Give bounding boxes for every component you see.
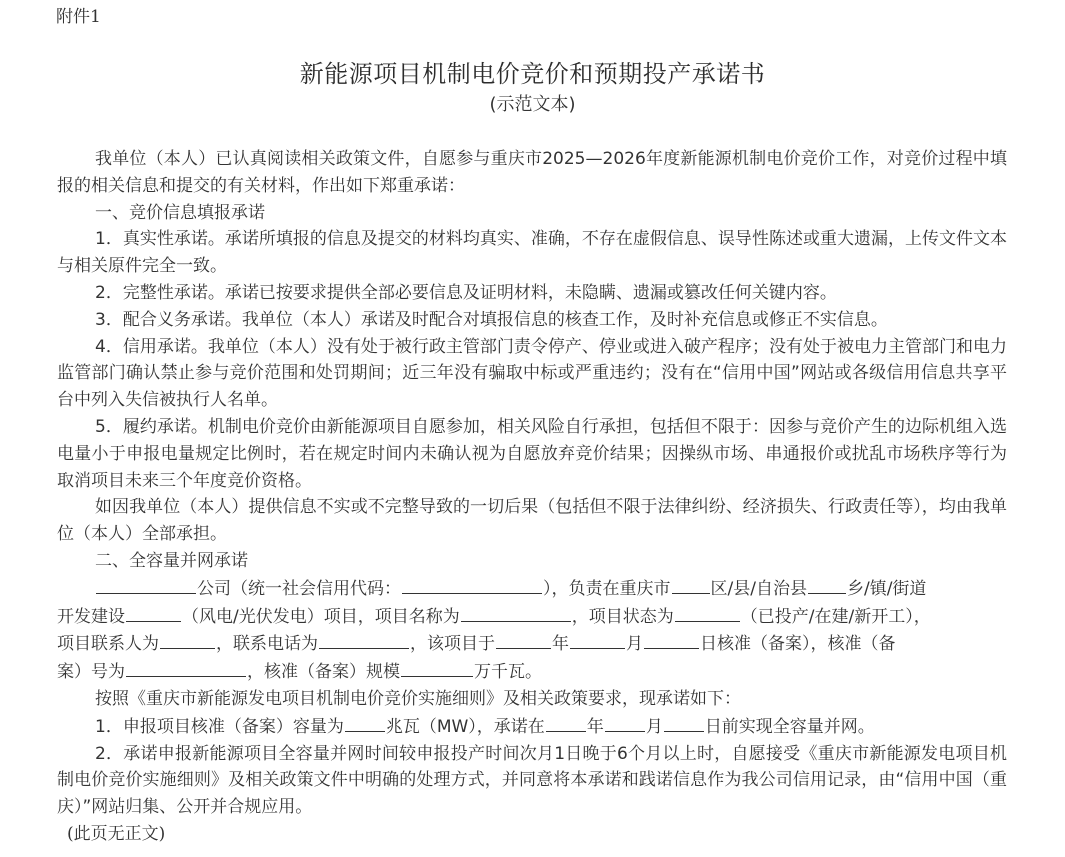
approval-year-blank[interactable] <box>496 630 551 649</box>
document-subtitle: (示范文本) <box>0 92 1065 118</box>
attachment-label: 附件1 <box>56 5 101 29</box>
project-status-blank[interactable] <box>675 603 740 622</box>
section2-basis: 按照《重庆市新能源发电项目机制电价竞价实施细则》及相关政策要求，现承诺如下： <box>57 686 1007 713</box>
intro-paragraph: 我单位（本人）已认真阅读相关政策文件，自愿参与重庆市2025—2026年度新能源… <box>57 146 1007 200</box>
project-name-blank[interactable] <box>461 603 571 622</box>
section1-item-truthfulness: 1．真实性承诺。承诺所填报的信息及提交的材料均真实、准确，不存在虚假信息、误导性… <box>57 226 1007 280</box>
credit-code-blank[interactable] <box>402 575 542 594</box>
capacity-blank[interactable] <box>345 713 385 732</box>
section1-item-performance: 5．履约承诺。机制电价竞价由新能源项目自愿参加，相关风险自行承担，包括但不限于：… <box>57 414 1007 494</box>
section1-item-completeness: 2．完整性承诺。承诺已按要求提供全部必要信息及证明材料，未隐瞒、遗漏或篡改任何关… <box>57 280 1007 307</box>
section1-heading: 一、竞价信息填报承诺 <box>57 200 1007 227</box>
approval-month-blank[interactable] <box>570 630 625 649</box>
approval-number-blank[interactable] <box>126 658 246 677</box>
contact-phone-blank[interactable] <box>319 630 409 649</box>
grid-month-blank[interactable] <box>605 713 645 732</box>
document-page: 附件1 新能源项目机制电价竞价和预期投产承诺书 (示范文本) 我单位（本人）已认… <box>0 0 1065 857</box>
footer-note: (此页无正文) <box>57 821 1007 848</box>
approval-day-blank[interactable] <box>644 630 699 649</box>
developer-blank[interactable] <box>126 603 181 622</box>
document-title: 新能源项目机制电价竞价和预期投产承诺书 <box>0 58 1065 90</box>
approval-scale-blank[interactable] <box>401 658 473 677</box>
section1-item-credit: 4．信用承诺。我单位（本人）没有处于被行政主管部门责令停产、停业或进入破产程序；… <box>57 334 1007 414</box>
section1-liability: 如因我单位（本人）提供信息不实或不完整导致的一切后果（包括但不限于法律纠纷、经济… <box>57 494 1007 548</box>
section1-item-cooperation: 3．配合义务承诺。我单位（本人）承诺及时配合对填报信息的核查工作，及时补充信息或… <box>57 307 1007 334</box>
grid-year-blank[interactable] <box>546 713 586 732</box>
section2-form: 公司（统一社会信用代码：），负责在重庆市区/县/自治县乡/镇/街道 开发建设（风… <box>57 575 1007 686</box>
section2-heading: 二、全容量并网承诺 <box>57 548 1007 575</box>
section2-item-credit-record: 2．承诺申报新能源项目全容量并网时间较申报投产时间次月1日晚于6个月以上时，自愿… <box>57 741 1007 821</box>
district-blank[interactable] <box>672 575 710 594</box>
document-body: 我单位（本人）已认真阅读相关政策文件，自愿参与重庆市2025—2026年度新能源… <box>57 146 1007 848</box>
company-name-blank[interactable] <box>96 575 196 594</box>
town-blank[interactable] <box>808 575 846 594</box>
grid-day-blank[interactable] <box>664 713 704 732</box>
contact-person-blank[interactable] <box>160 630 215 649</box>
section2-item-capacity: 1．申报项目核准（备案）容量为兆瓦（MW），承诺在年月日前实现全容量并网。 <box>57 713 1007 741</box>
